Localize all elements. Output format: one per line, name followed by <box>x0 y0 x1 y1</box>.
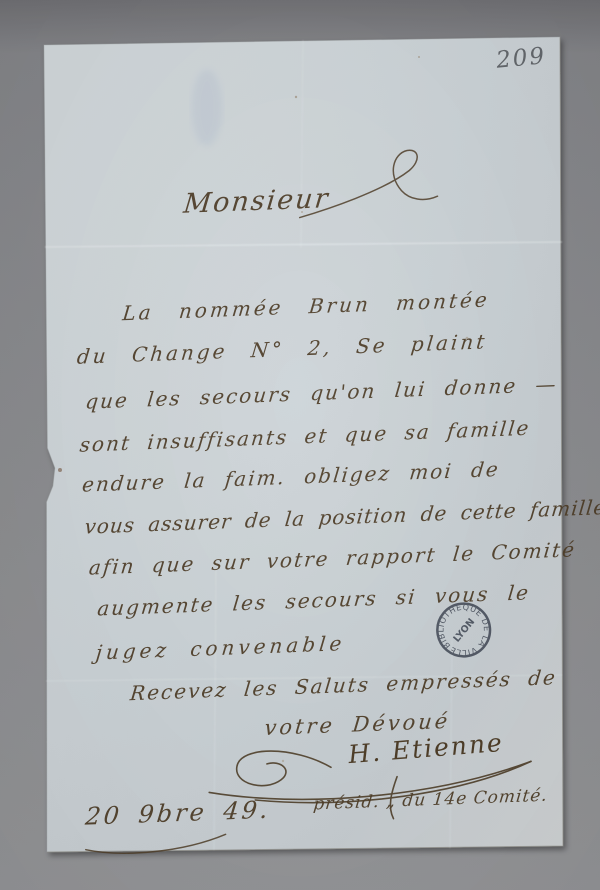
valediction: votre Dévoué <box>263 709 451 740</box>
body-line: vous assurer de la position de cette fam… <box>83 495 600 539</box>
body-line: que les secours qu'on lui donne — <box>84 372 559 414</box>
stamp-center-text: LYON <box>451 617 477 645</box>
signature-name: H. Etienne <box>346 731 505 769</box>
letter-date: 20 9bre 49. <box>84 796 272 831</box>
salutation: Monsieur <box>182 183 331 220</box>
signer-title: présid. „ du 14e Comité. <box>312 786 548 815</box>
body-line: sont insuffisants et que sa famille <box>79 416 532 457</box>
photo-background: 209 Monsieur La nommée Brun montée du Ch… <box>0 0 600 890</box>
body-line: endure la faim. obligez moi de <box>81 457 501 497</box>
body-line: afin que sur votre rapport le Comité <box>88 537 577 579</box>
body-line: du Change N° 2, Se plaint <box>76 329 489 369</box>
letter-content: 209 Monsieur La nommée Brun montée du Ch… <box>44 35 571 852</box>
archival-page-number: 209 <box>495 43 547 74</box>
body-line: La nommée Brun montée <box>121 287 491 325</box>
closing-line: Recevez les Saluts empressés de <box>129 665 558 705</box>
body-line: jugez convenable <box>95 631 347 664</box>
